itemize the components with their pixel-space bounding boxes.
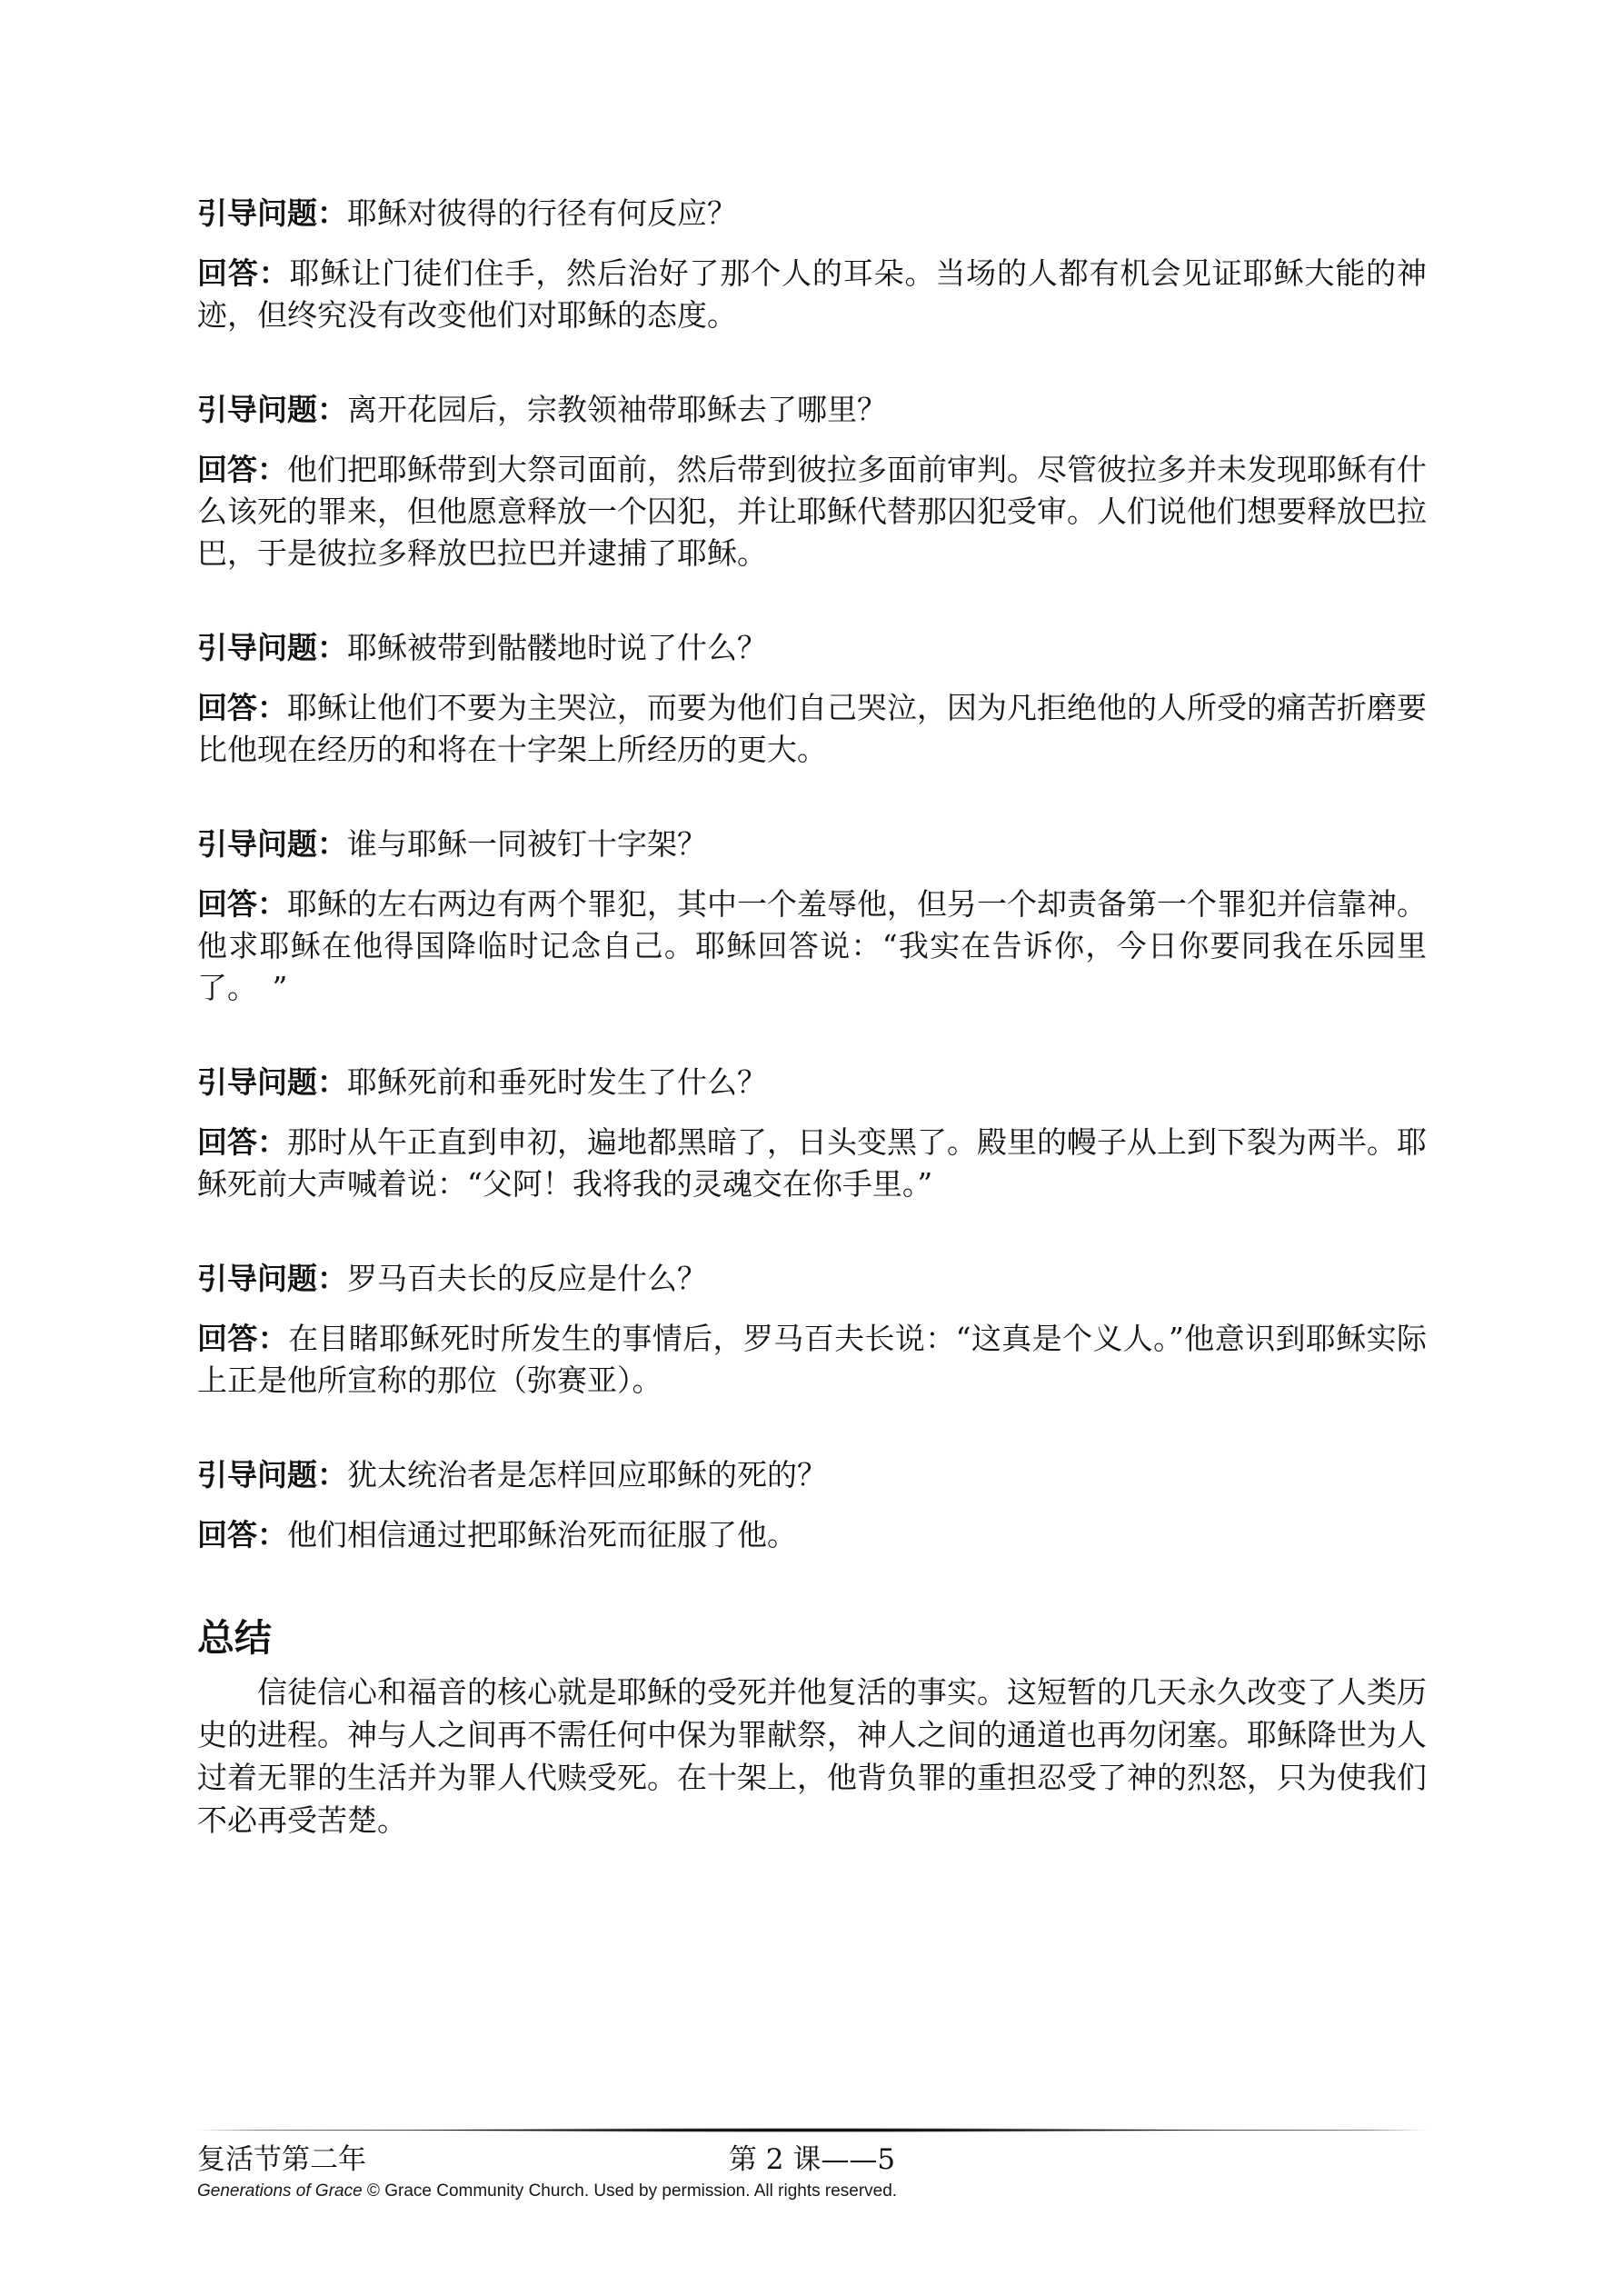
lesson-content: 引导问题：耶稣对彼得的行径有何反应？ 回答：耶稣让门徒们住手，然后治好了那个人的… — [197, 193, 1427, 1842]
answer-line: 回答：耶稣的左右两边有两个罪犯，其中一个羞辱他，但另一个却责备第一个罪犯并信靠神… — [197, 883, 1427, 1009]
qa-list: 引导问题：耶稣对彼得的行径有何反应？ 回答：耶稣让门徒们住手，然后治好了那个人的… — [197, 193, 1427, 1556]
qa-group: 引导问题：耶稣死前和垂死时发生了什么？ 回答：那时从午正直到申初，遍地都黑暗了，… — [197, 1062, 1427, 1205]
answer-label: 回答： — [197, 1517, 287, 1552]
question-line: 引导问题：谁与耶稣一同被钉十字架？ — [197, 824, 1427, 865]
question-text: 谁与耶稣一同被钉十字架？ — [347, 826, 707, 862]
question-label: 引导问题： — [197, 826, 347, 862]
question-text: 罗马百夫长的反应是什么？ — [347, 1261, 707, 1296]
copyright-line: Generations of Grace © Grace Community C… — [197, 2180, 1427, 2203]
qa-group: 引导问题：罗马百夫长的反应是什么？ 回答：在目睹耶稣死时所发生的事情后，罗马百夫… — [197, 1258, 1427, 1402]
summary-heading: 总结 — [197, 1612, 1427, 1663]
answer-text: 耶稣让他们不要为主哭泣，而要为他们自己哭泣，因为凡拒绝他的人所受的痛苦折磨要比他… — [197, 690, 1427, 767]
question-line: 引导问题：耶稣死前和垂死时发生了什么？ — [197, 1062, 1427, 1103]
answer-label: 回答： — [197, 1321, 288, 1356]
answer-text: 耶稣让门徒们住手，然后治好了那个人的耳朵。当场的人都有机会见证耶稣大能的神迹，但… — [197, 255, 1427, 333]
question-label: 引导问题： — [197, 630, 347, 665]
page-footer: 复活节第二年 第 2 课——5 Generations of Grace © G… — [197, 2127, 1427, 2203]
footer-row: 复活节第二年 第 2 课——5 — [197, 2141, 1427, 2179]
question-text: 离开花园后，宗教领袖带耶稣去了哪里？ — [347, 392, 887, 427]
answer-line: 回答：那时从午正直到申初，遍地都黑暗了，日头变黑了。殿里的幔子从上到下裂为两半。… — [197, 1122, 1427, 1205]
qa-group: 引导问题：谁与耶稣一同被钉十字架？ 回答：耶稣的左右两边有两个罪犯，其中一个羞辱… — [197, 824, 1427, 1009]
qa-group: 引导问题：离开花园后，宗教领袖带耶稣去了哪里？ 回答：他们把耶稣带到大祭司面前，… — [197, 389, 1427, 574]
answer-label: 回答： — [197, 886, 287, 922]
copyright-text: © Grace Community Church. Used by permis… — [363, 2181, 897, 2201]
answer-text: 他们相信通过把耶稣治死而征服了他。 — [287, 1517, 797, 1552]
question-label: 引导问题： — [197, 1064, 347, 1100]
qa-group: 引导问题：耶稣对彼得的行径有何反应？ 回答：耶稣让门徒们住手，然后治好了那个人的… — [197, 193, 1427, 336]
answer-text: 在目睹耶稣死时所发生的事情后，罗马百夫长说：“这真是个义人。”他意识到耶稣实际上… — [197, 1321, 1427, 1398]
question-label: 引导问题： — [197, 195, 347, 231]
answer-line: 回答：在目睹耶稣死时所发生的事情后，罗马百夫长说：“这真是个义人。”他意识到耶稣… — [197, 1318, 1427, 1402]
question-text: 耶稣死前和垂死时发生了什么？ — [347, 1064, 767, 1100]
answer-line: 回答：耶稣让他们不要为主哭泣，而要为他们自己哭泣，因为凡拒绝他的人所受的痛苦折磨… — [197, 687, 1427, 771]
question-label: 引导问题： — [197, 392, 347, 427]
qa-group: 引导问题：犹太统治者是怎样回应耶稣的死的？ 回答：他们相信通过把耶稣治死而征服了… — [197, 1454, 1427, 1556]
answer-text: 耶稣的左右两边有两个罪犯，其中一个羞辱他，但另一个却责备第一个罪犯并信靠神。他求… — [197, 886, 1427, 1005]
qa-group: 引导问题：耶稣被带到骷髅地时说了什么？ 回答：耶稣让他们不要为主哭泣，而要为他们… — [197, 627, 1427, 771]
copyright-series-name: Generations of Grace — [197, 2181, 363, 2201]
answer-line: 回答：他们把耶稣带到大祭司面前，然后带到彼拉多面前审判。尽管彼拉多并未发现耶稣有… — [197, 449, 1427, 574]
footer-divider-center-bar — [393, 2128, 1230, 2132]
summary-paragraph: 信徒信心和福音的核心就是耶稣的受死并他复活的事实。这短暂的几天永久改变了人类历史… — [197, 1671, 1427, 1842]
answer-label: 回答： — [197, 452, 287, 487]
question-text: 耶稣对彼得的行径有何反应？ — [347, 195, 737, 231]
document-page: 引导问题：耶稣对彼得的行径有何反应？ 回答：耶稣让门徒们住手，然后治好了那个人的… — [0, 0, 1623, 2296]
answer-label: 回答： — [197, 1124, 287, 1160]
question-text: 耶稣被带到骷髅地时说了什么？ — [347, 630, 767, 665]
answer-label: 回答： — [197, 690, 287, 725]
answer-line: 回答：他们相信通过把耶稣治死而征服了他。 — [197, 1514, 1427, 1556]
question-line: 引导问题：耶稣对彼得的行径有何反应？ — [197, 193, 1427, 235]
question-line: 引导问题：耶稣被带到骷髅地时说了什么？ — [197, 627, 1427, 669]
answer-text: 那时从午正直到申初，遍地都黑暗了，日头变黑了。殿里的幔子从上到下裂为两半。耶稣死… — [197, 1124, 1427, 1202]
question-label: 引导问题： — [197, 1457, 347, 1492]
question-line: 引导问题：罗马百夫长的反应是什么？ — [197, 1258, 1427, 1300]
question-line: 引导问题：离开花园后，宗教领袖带耶稣去了哪里？ — [197, 389, 1427, 431]
footer-divider — [197, 2127, 1427, 2133]
answer-text: 他们把耶稣带到大祭司面前，然后带到彼拉多面前审判。尽管彼拉多并未发现耶稣有什么该… — [197, 452, 1427, 571]
footer-lesson-page-number: 第 2 课——5 — [197, 2141, 1427, 2179]
answer-line: 回答：耶稣让门徒们住手，然后治好了那个人的耳朵。当场的人都有机会见证耶稣大能的神… — [197, 253, 1427, 336]
question-text: 犹太统治者是怎样回应耶稣的死的？ — [347, 1457, 827, 1492]
question-label: 引导问题： — [197, 1261, 347, 1296]
answer-label: 回答： — [197, 255, 290, 291]
question-line: 引导问题：犹太统治者是怎样回应耶稣的死的？ — [197, 1454, 1427, 1496]
